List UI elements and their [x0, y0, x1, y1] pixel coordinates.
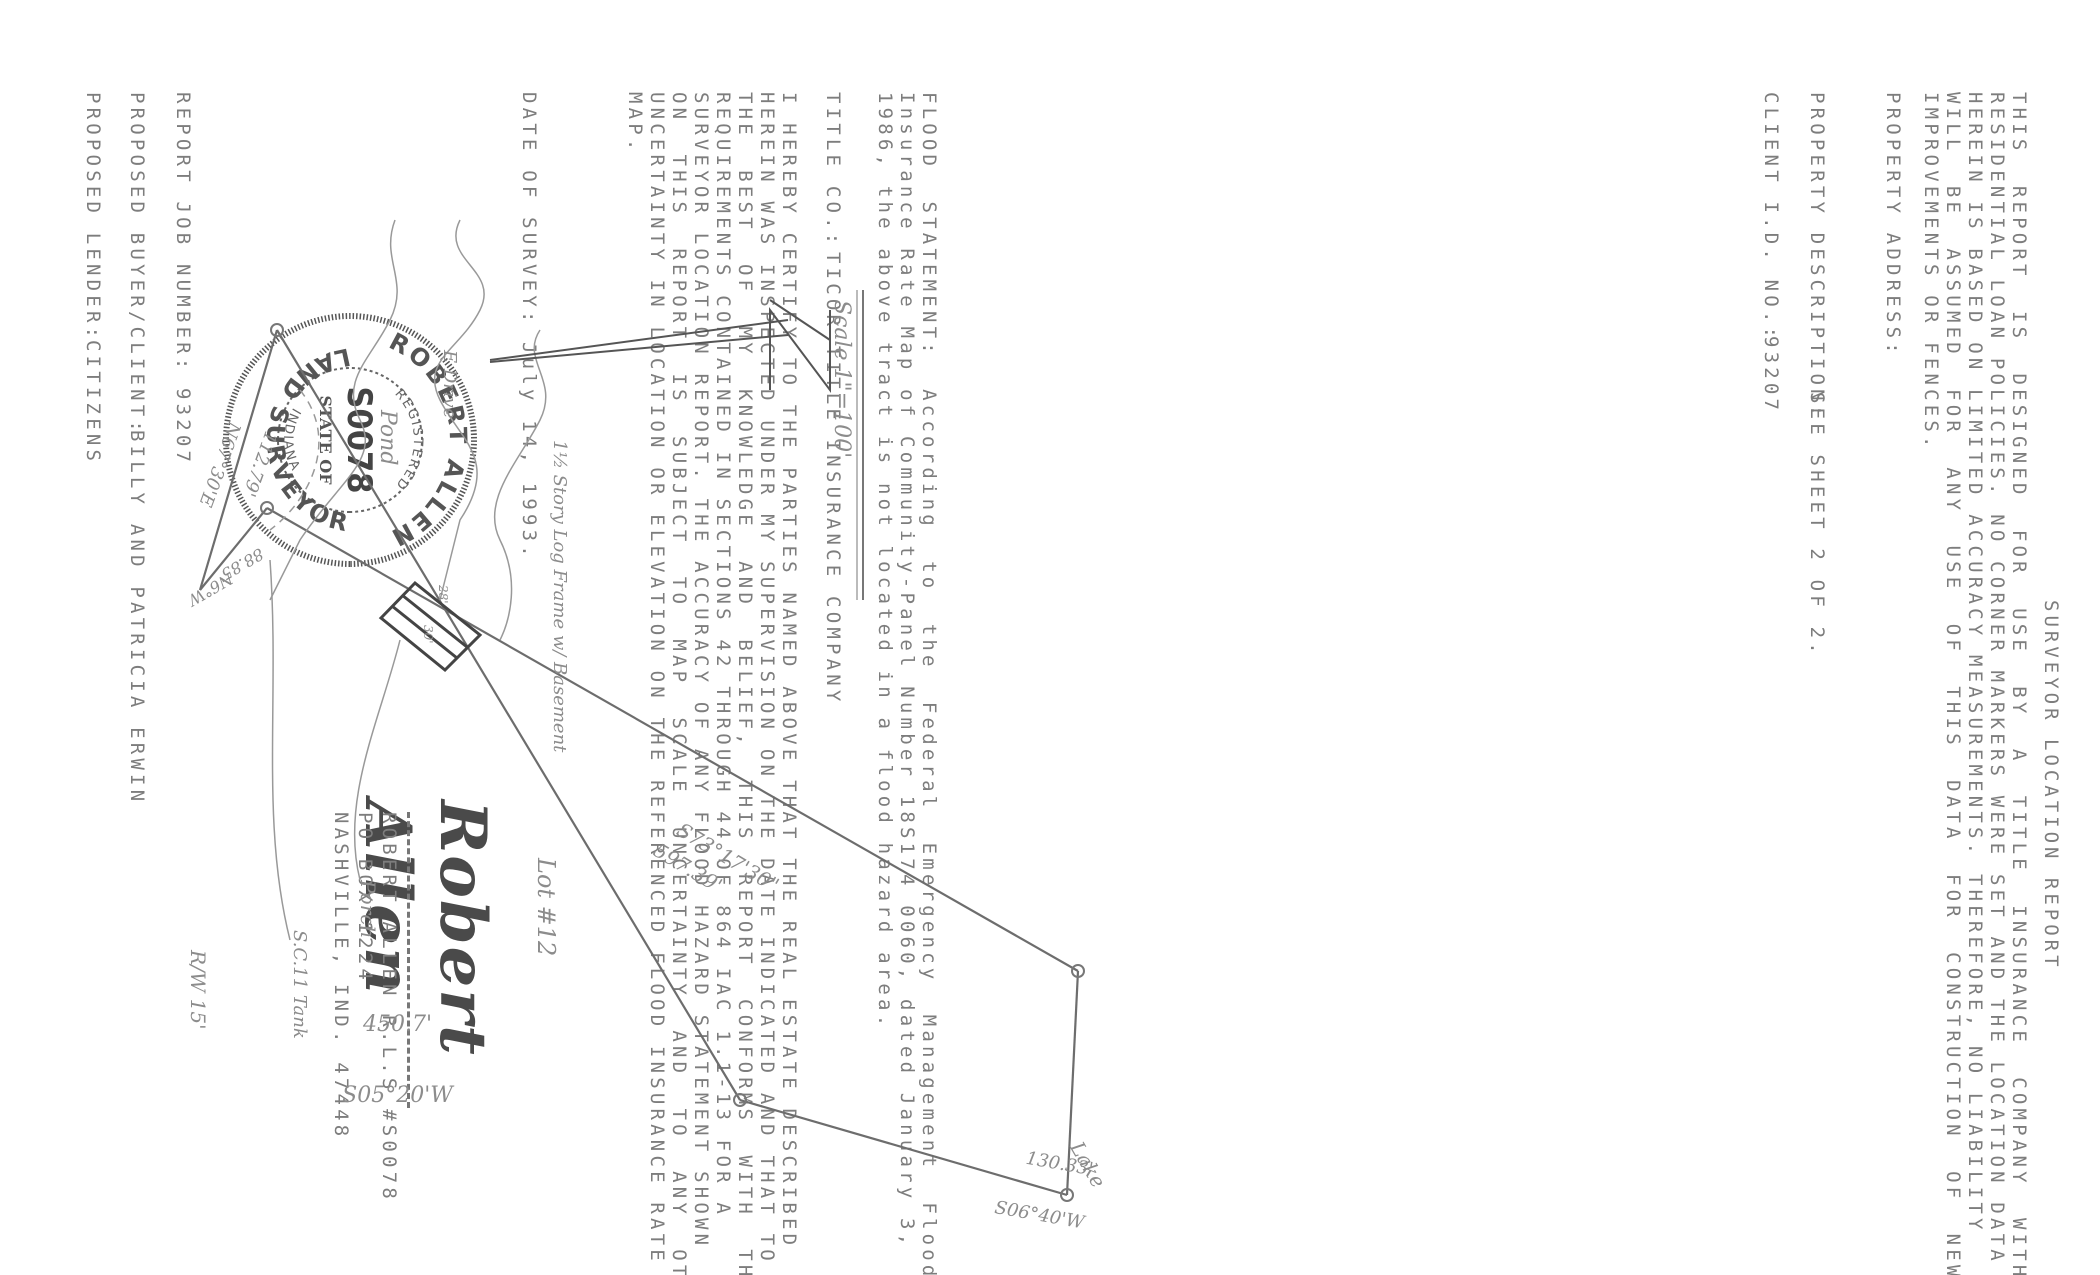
- house-dim-1: 28': [436, 585, 450, 604]
- south-boundary-line: [267, 508, 1078, 971]
- pond-label: Pond: [375, 410, 400, 465]
- north-boundary-line: [277, 330, 740, 1100]
- south-line-distance: 450.7': [363, 1012, 432, 1037]
- creek-line: [495, 330, 546, 640]
- road-label: R/W 15': [186, 950, 210, 1030]
- drive-label: E Drive: [439, 350, 460, 418]
- survey-document-page: SURVEYOR LOCATION REPORT THIS REPORT IS …: [0, 0, 2100, 1275]
- south-line-bearing: S05°20'W: [342, 1083, 453, 1108]
- easement-dashes: [270, 390, 319, 530]
- house-dim-2: 30': [421, 625, 435, 644]
- porch-leader: [355, 640, 400, 880]
- septic-label: S.C.11 Tank: [289, 930, 310, 1039]
- lot-label: Lot #12: [532, 858, 560, 956]
- plat-drawing: [0, 0, 2100, 1275]
- north-arrow-icon: [490, 300, 830, 390]
- west-boundary-line: [740, 1100, 1067, 1195]
- septic-leader: [270, 560, 290, 940]
- house-label: 1½ Story Log Frame w/ Basement: [549, 440, 570, 752]
- porch-label: Porch: [356, 880, 380, 938]
- scale-label: Scale 1"=100': [829, 300, 854, 458]
